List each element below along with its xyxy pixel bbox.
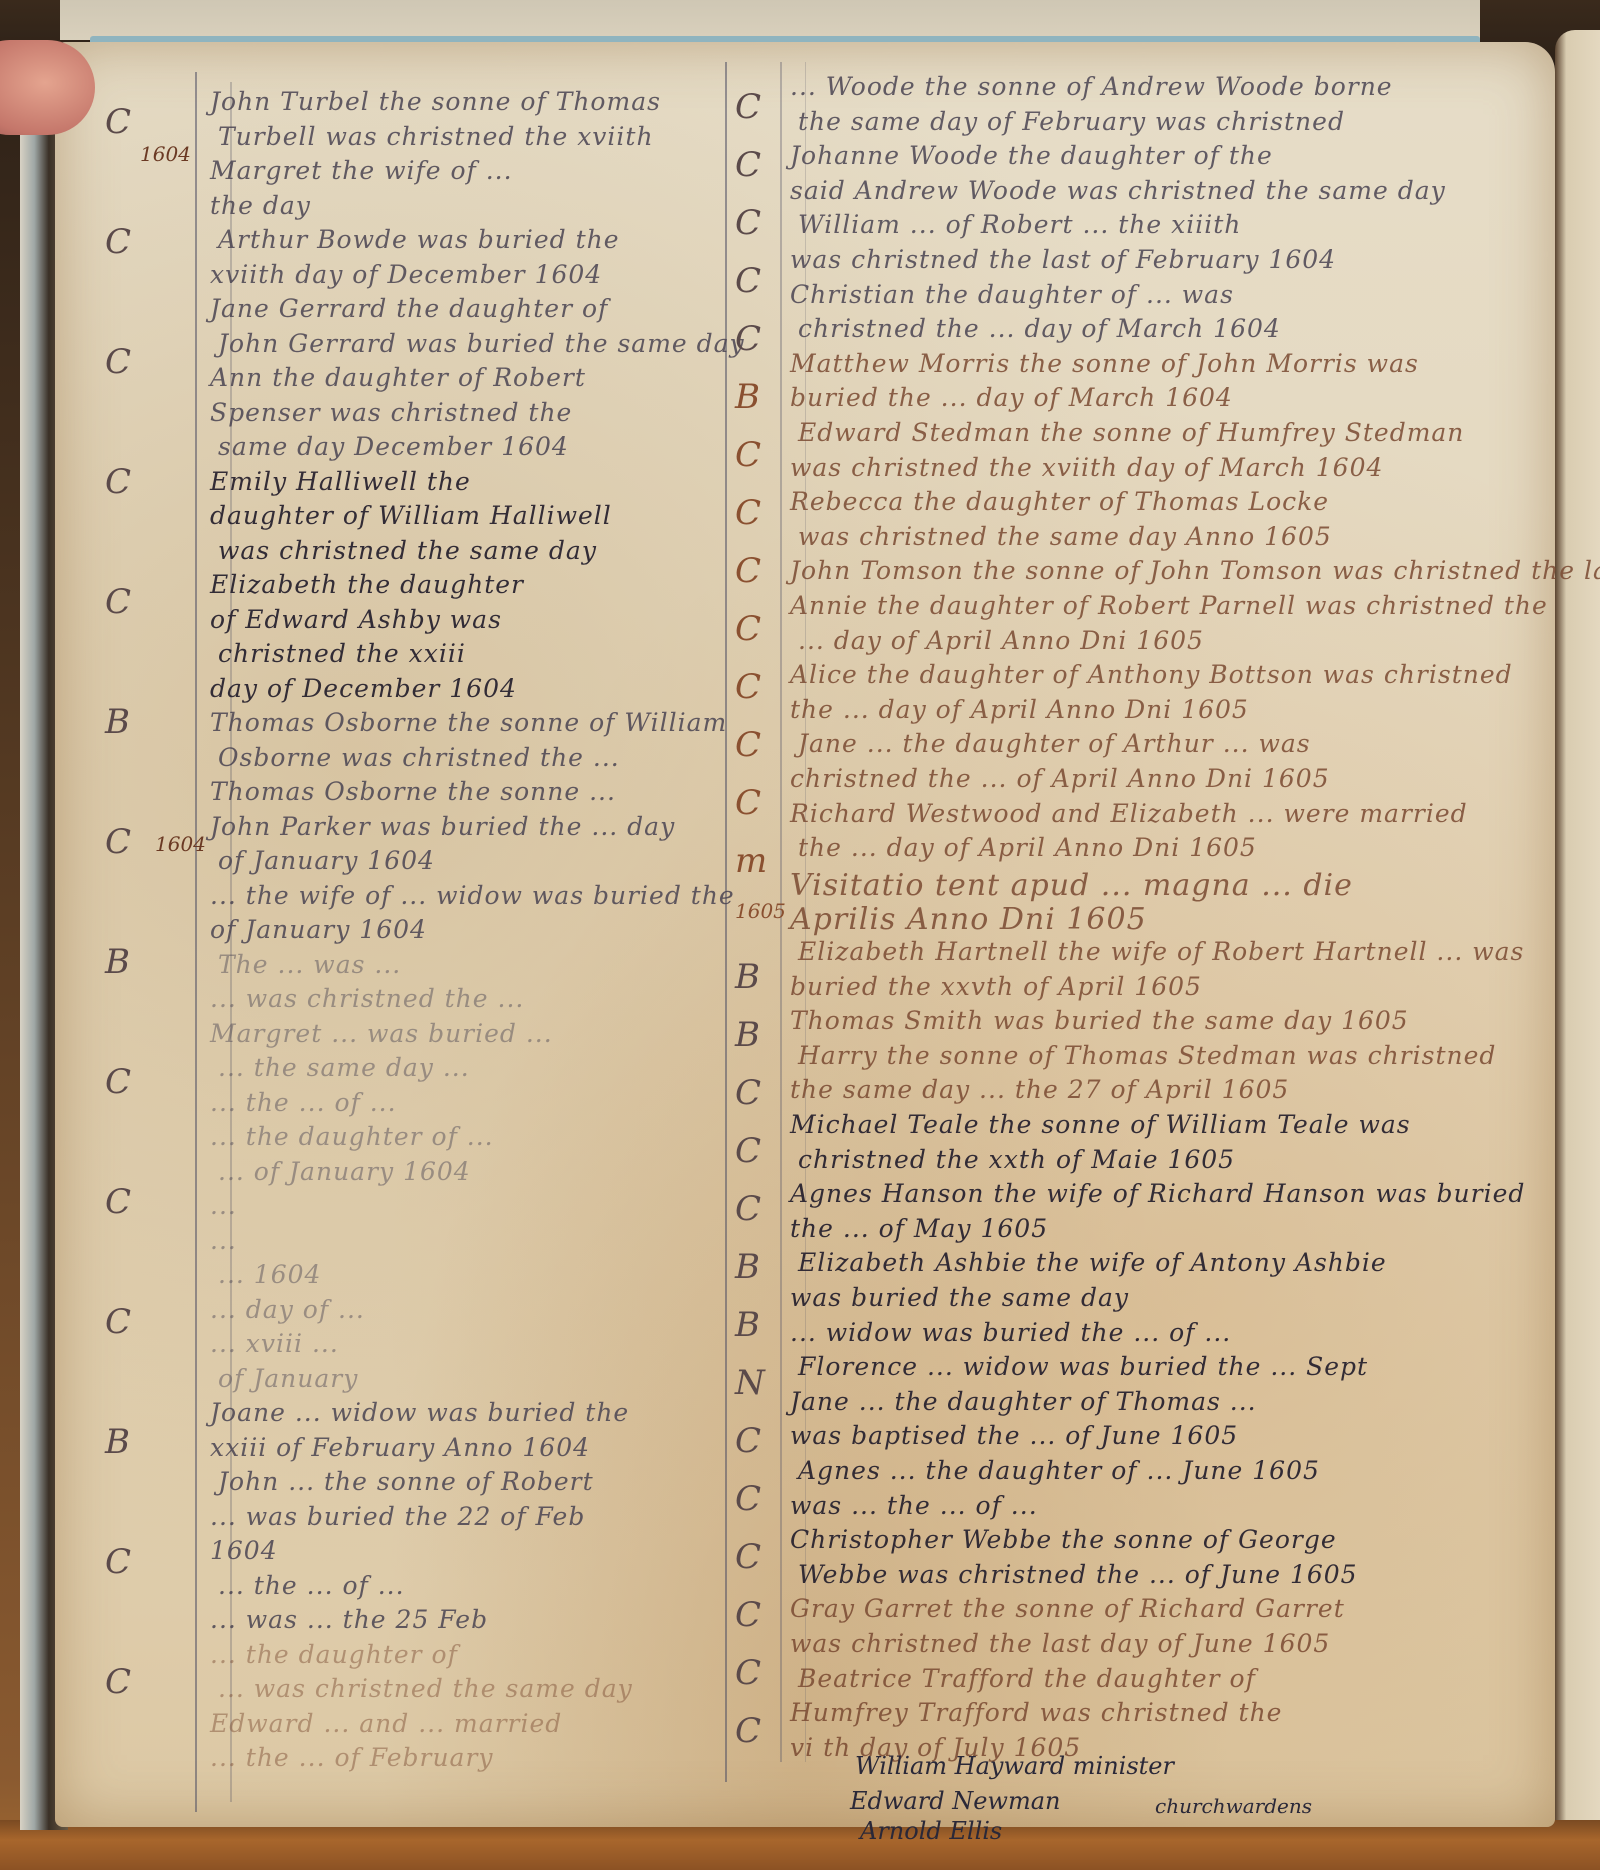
churchwarden-label: churchwardens [1155, 1794, 1312, 1818]
manuscript-line: Florence ... widow was buried the ... Se… [798, 1352, 1368, 1381]
margin-mark: C [735, 551, 761, 591]
margin-mark: B [735, 1015, 760, 1055]
manuscript-line: christned the ... day of March 1604 [798, 314, 1281, 343]
margin-mark: C [735, 1595, 761, 1635]
margin-mark: C [735, 1131, 761, 1171]
side-note-1604-b: 1604 [155, 832, 206, 856]
thumb-holding-page [0, 40, 95, 135]
manuscript-line: Thomas Osborne the sonne ... [210, 777, 616, 806]
margin-mark: C [735, 87, 761, 127]
manuscript-line: ... the ... of ... [210, 1088, 397, 1117]
manuscript-line: John Tomson the sonne of John Tomson was… [790, 556, 1600, 585]
margin-mark: C [735, 319, 761, 359]
manuscript-line: ... day of ... [210, 1295, 365, 1324]
manuscript-line: was christned the xviith day of March 16… [790, 453, 1383, 482]
manuscript-line: of Edward Ashby was [210, 605, 502, 634]
manuscript-line: Elizabeth Ashbie the wife of Antony Ashb… [798, 1248, 1387, 1277]
manuscript-line: Osborne was christned the ... [218, 743, 620, 772]
manuscript-line: was buried the same day [790, 1283, 1129, 1312]
manuscript-line: Beatrice Trafford the daughter of [798, 1664, 1256, 1693]
margin-mark: C [105, 102, 131, 142]
manuscript-line: was ... the ... of ... [790, 1491, 1038, 1520]
right-column: ... Woode the sonne of Andrew Woode born… [790, 72, 1550, 1772]
margin-mark: C [105, 1062, 131, 1102]
manuscript-line: was christned the same day Anno 1605 [798, 522, 1332, 551]
manuscript-line: The ... was ... [218, 950, 401, 979]
manuscript-line: Webbe was christned the ... of June 1605 [798, 1560, 1358, 1589]
manuscript-line: Joane ... widow was buried the [210, 1398, 629, 1427]
manuscript-line: Edward ... and ... married [210, 1709, 562, 1738]
manuscript-line: Rebecca the daughter of Thomas Locke [790, 487, 1329, 516]
margin-mark: B [735, 377, 760, 417]
manuscript-line: ... day of April Anno Dni 1605 [798, 626, 1204, 655]
manuscript-line: the ... day of April Anno Dni 1605 [798, 833, 1257, 862]
manuscript-line: ... [210, 1226, 237, 1255]
manuscript-line: Margret the wife of ... [210, 156, 513, 185]
margin-mark: C [105, 1662, 131, 1702]
signature-churchwarden-2: Arnold Ellis [860, 1817, 1002, 1845]
manuscript-line: ... was christned the ... [210, 984, 524, 1013]
manuscript-line: daughter of William Halliwell [210, 501, 612, 530]
margin-mark: B [735, 1247, 760, 1287]
margin-mark: B [735, 957, 760, 997]
margin-mark: C [105, 1302, 131, 1342]
manuscript-line: ... of January 1604 [218, 1157, 471, 1186]
margin-mark: C [735, 1537, 761, 1577]
manuscript-line: the same day of February was christned [798, 107, 1345, 136]
manuscript-line: the ... day of April Anno Dni 1605 [790, 695, 1249, 724]
margin-mark: C [105, 1182, 131, 1222]
manuscript-line: christned the xxiii [218, 639, 466, 668]
margin-mark: C [735, 1421, 761, 1461]
manuscript-line: Margret ... was buried ... [210, 1019, 553, 1048]
margin-mark: C [735, 435, 761, 475]
margin-mark: C [735, 609, 761, 649]
margin-mark: B [735, 1305, 760, 1345]
manuscript-line: Visitatio tent apud ... magna ... die [790, 868, 1353, 903]
manuscript-line: Richard Westwood and Elizabeth ... were … [790, 799, 1468, 828]
manuscript-line: ... the wife of ... widow was buried the [210, 881, 735, 910]
signature-minister: William Hayward minister [855, 1752, 1174, 1780]
manuscript-line: ... the daughter of ... [210, 1122, 494, 1151]
manuscript-line: Alice the daughter of Anthony Bottson wa… [790, 660, 1513, 689]
manuscript-line: John Gerrard was buried the same day [218, 329, 745, 358]
manuscript-line: of January 1604 [218, 846, 435, 875]
manuscript-line: 1604 [210, 1536, 278, 1565]
manuscript-line: ... [210, 1191, 237, 1220]
manuscript-line: was christned the last day of June 1605 [790, 1629, 1330, 1658]
manuscript-line: ... was ... the 25 Feb [210, 1605, 488, 1634]
margin-mark: C [735, 667, 761, 707]
manuscript-line: Thomas Smith was buried the same day 160… [790, 1006, 1409, 1035]
margin-mark: C [105, 582, 131, 622]
manuscript-line: the ... of May 1605 [790, 1214, 1048, 1243]
manuscript-page: John Turbel the sonne of ThomasTurbell w… [55, 42, 1555, 1827]
manuscript-line: Annie the daughter of Robert Parnell was… [790, 591, 1548, 620]
margin-mark: C [735, 1189, 761, 1229]
manuscript-line: ... widow was buried the ... of ... [790, 1318, 1231, 1347]
manuscript-line: Johanne Woode the daughter of the [790, 141, 1273, 170]
manuscript-line: christned the xxth of Maie 1605 [798, 1145, 1235, 1174]
manuscript-line: ... the daughter of [210, 1640, 458, 1669]
manuscript-line: the day [210, 191, 311, 220]
margin-mark: C [735, 1073, 761, 1113]
manuscript-line: the same day ... the 27 of April 1605 [790, 1075, 1289, 1104]
manuscript-line: ... the ... of February [210, 1743, 494, 1772]
manuscript-line: Arthur Bowde was buried the [218, 225, 620, 254]
manuscript-line: Thomas Osborne the sonne of William [210, 708, 727, 737]
manuscript-line: ... the same day ... [218, 1053, 470, 1082]
manuscript-line: was christned the last of February 1604 [790, 245, 1336, 274]
margin-mark: B [105, 1422, 130, 1462]
manuscript-line: Edward Stedman the sonne of Humfrey Sted… [798, 418, 1464, 447]
margin-mark: C [735, 261, 761, 301]
margin-mark: C [735, 493, 761, 533]
left-margin-rule [195, 72, 197, 1812]
manuscript-line: Ann the daughter of Robert [210, 363, 586, 392]
margin-mark: m [735, 841, 767, 881]
margin-mark: C [735, 1711, 761, 1751]
margin-mark: C [735, 145, 761, 185]
manuscript-line: ... was christned the same day [218, 1674, 633, 1703]
facing-page-edge [1555, 30, 1600, 1820]
margin-mark: B [105, 702, 130, 742]
manuscript-line: Matthew Morris the sonne of John Morris … [790, 349, 1419, 378]
manuscript-line: ... Woode the sonne of Andrew Woode born… [790, 72, 1393, 101]
manuscript-line: ... 1604 [218, 1260, 321, 1289]
margin-mark: B [105, 942, 130, 982]
manuscript-line: Aprilis Anno Dni 1605 [790, 902, 1147, 937]
page-top-edge [60, 0, 1480, 40]
margin-mark: C [105, 222, 131, 262]
manuscript-line: Agnes Hanson the wife of Richard Hanson … [790, 1179, 1525, 1208]
manuscript-line: Christopher Webbe the sonne of George [790, 1525, 1337, 1554]
margin-mark: C [735, 1653, 761, 1693]
manuscript-line: Agnes ... the daughter of ... June 1605 [798, 1456, 1320, 1485]
manuscript-line: xxiii of February Anno 1604 [210, 1433, 590, 1462]
manuscript-line: John ... the sonne of Robert [218, 1467, 594, 1496]
manuscript-line: Harry the sonne of Thomas Stedman was ch… [798, 1041, 1496, 1070]
manuscript-line: same day December 1604 [218, 432, 569, 461]
manuscript-line: ... was buried the 22 of Feb [210, 1502, 585, 1531]
manuscript-line: William ... of Robert ... the xiiith [798, 210, 1241, 239]
margin-mark: C [105, 822, 131, 862]
manuscript-line: christned the ... of April Anno Dni 1605 [790, 764, 1330, 793]
manuscript-line: Emily Halliwell the [210, 467, 471, 496]
right-margin-marks: CCCCCBCCCCCCCm1605BBCCCBBNCCCCCC [735, 87, 795, 1787]
left-margin-marks: CCCCCBCBCCCBCC [105, 102, 185, 1802]
manuscript-line: Christian the daughter of ... was [790, 280, 1234, 309]
wooden-desk [0, 1820, 1600, 1870]
margin-mark: C [105, 462, 131, 502]
margin-mark: C [735, 783, 761, 823]
manuscript-line: xviith day of December 1604 [210, 260, 602, 289]
margin-mark: C [735, 1479, 761, 1519]
signature-churchwarden-1: Edward Newman [850, 1787, 1060, 1815]
left-column: John Turbel the sonne of ThomasTurbell w… [210, 87, 730, 1787]
manuscript-line: was christned the same day [218, 536, 597, 565]
margin-mark: N [735, 1363, 765, 1403]
manuscript-line: Jane Gerrard the daughter of [210, 294, 608, 323]
manuscript-line: Elizabeth Hartnell the wife of Robert Ha… [798, 937, 1524, 966]
manuscript-line: of January 1604 [210, 915, 427, 944]
manuscript-line: John Parker was buried the ... day [210, 812, 675, 841]
manuscript-line: Jane ... the daughter of Arthur ... was [798, 729, 1311, 758]
manuscript-line: Gray Garret the sonne of Richard Garret [790, 1594, 1345, 1623]
manuscript-line: was baptised the ... of June 1605 [790, 1421, 1238, 1450]
manuscript-line: Turbell was christned the xviith [218, 122, 654, 151]
margin-mark: 1605 [735, 899, 786, 923]
manuscript-line: Michael Teale the sonne of William Teale… [790, 1110, 1411, 1139]
manuscript-line: ... xviii ... [210, 1329, 339, 1358]
manuscript-line: John Turbel the sonne of Thomas [210, 87, 661, 116]
manuscript-line: said Andrew Woode was christned the same… [790, 176, 1446, 205]
manuscript-line: Jane ... the daughter of Thomas ... [790, 1387, 1257, 1416]
manuscript-line: ... the ... of ... [218, 1571, 405, 1600]
manuscript-line: Humfrey Trafford was christned the [790, 1698, 1282, 1727]
manuscript-line: Elizabeth the daughter [210, 570, 524, 599]
margin-mark: C [105, 1542, 131, 1582]
margin-mark: C [735, 725, 761, 765]
manuscript-line: day of December 1604 [210, 674, 517, 703]
manuscript-line: buried the xxvth of April 1605 [790, 972, 1202, 1001]
margin-mark: C [735, 203, 761, 243]
side-note-1604: 1604 [140, 142, 191, 166]
manuscript-line: of January [218, 1364, 358, 1393]
margin-mark: C [105, 342, 131, 382]
manuscript-line: buried the ... day of March 1604 [790, 383, 1233, 412]
manuscript-line: Spenser was christned the [210, 398, 572, 427]
